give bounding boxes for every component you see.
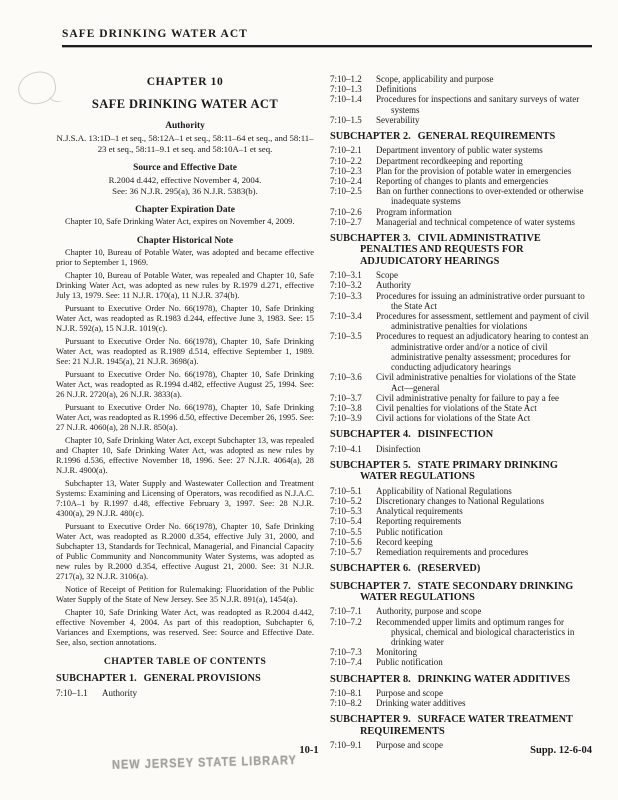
running-header-title: SAFE DRINKING WATER ACT: [62, 28, 248, 40]
toc-row: 7:10–7.1Authority, purpose and scope: [330, 606, 590, 616]
toc-row: SUBCHAPTER 7.STATE SECONDARY DRINKING WA…: [330, 581, 590, 604]
toc-entry-title: Purpose and scope: [376, 688, 590, 698]
toc-entry-title: Applicability of National Regulations: [376, 486, 590, 496]
toc-entry-number: SUBCHAPTER 5.: [330, 460, 411, 471]
toc-right-list: 7:10–1.2Scope, applicability and purpose…: [330, 74, 590, 750]
toc-row: 7:10–7.4Public notification: [330, 657, 590, 667]
toc-entry-title: Civil penalties for violations of the St…: [376, 403, 590, 413]
toc-entry-title: Authority, purpose and scope: [376, 606, 590, 616]
chapter-expiration-text: Chapter 10, Safe Drinking Water Act, exp…: [56, 217, 314, 227]
toc-row: 7:10–5.1Applicability of National Regula…: [330, 486, 590, 496]
toc-row: SUBCHAPTER 2.GENERAL REQUIREMENTS: [330, 131, 590, 142]
toc-row: 7:10–2.2Department recordkeeping and rep…: [330, 156, 590, 166]
header-rule: [62, 45, 592, 47]
toc-entry-number: SUBCHAPTER 8.: [330, 674, 411, 685]
toc-entry-number: 7:10–8.1: [330, 688, 376, 698]
toc-entry-title: Department recordkeeping and reporting: [376, 156, 590, 166]
source-effective-date-heading: Source and Effective Date: [56, 163, 314, 173]
running-header: SAFE DRINKING WATER ACT: [62, 24, 592, 47]
toc-entry-number: 7:10–1.1: [56, 688, 102, 698]
toc-entry-number: 7:10–7.1: [330, 606, 376, 616]
toc-row: SUBCHAPTER 8.DRINKING WATER ADDITIVES: [330, 674, 590, 685]
toc-entry-number: 7:10–2.6: [330, 207, 376, 217]
toc-row: 7:10–2.5Ban on further connections to ov…: [330, 186, 590, 206]
toc-entry-number: 7:10–7.4: [330, 657, 376, 667]
toc-left-list: SUBCHAPTER 1.GENERAL PROVISIONS 7:10–1.1…: [56, 673, 314, 698]
toc-row: 7:10–8.1Purpose and scope: [330, 688, 590, 698]
toc-entry-number: SUBCHAPTER 9.: [330, 714, 411, 725]
toc-entry-number: SUBCHAPTER 7.: [330, 581, 411, 592]
toc-entry-title: Public notification: [376, 527, 590, 537]
toc-row: 7:10–5.7Remediation requirements and pro…: [330, 547, 590, 557]
toc-row: SUBCHAPTER 1.GENERAL PROVISIONS: [56, 673, 314, 684]
chapter-historical-note-heading: Chapter Historical Note: [56, 236, 314, 246]
toc-entry-title: Drinking water additives: [376, 698, 590, 708]
historical-note-paragraph: Pursuant to Executive Order No. 66(1978)…: [56, 403, 314, 433]
toc-entry-number: SUBCHAPTER 3.: [330, 233, 411, 244]
toc-entry-number: 7:10–2.5: [330, 186, 376, 206]
left-column: CHAPTER 10 SAFE DRINKING WATER ACT Autho…: [56, 74, 314, 698]
toc-row: 7:10–5.4Reporting requirements: [330, 516, 590, 526]
toc-entry-title: Scope: [376, 270, 590, 280]
historical-note-paragraph: Pursuant to Executive Order No. 66(1978)…: [56, 304, 314, 334]
toc-entry-number: 7:10–3.1: [330, 270, 376, 280]
toc-row: 7:10–2.6Program information: [330, 207, 590, 217]
toc-entry-number: 7:10–1.5: [330, 115, 376, 125]
toc-row: SUBCHAPTER 6.(RESERVED): [330, 563, 590, 574]
toc-entry-number: 7:10–8.2: [330, 698, 376, 708]
toc-row: 7:10–3.6Civil administrative penalties f…: [330, 372, 590, 392]
historical-note-paragraph: Pursuant to Executive Order No. 66(1978)…: [56, 370, 314, 400]
toc-entry-title: Procedures for inspections and sanitary …: [376, 94, 590, 114]
toc-entry-title: Managerial and technical competence of w…: [376, 217, 590, 227]
toc-entry-number: 7:10–5.5: [330, 527, 376, 537]
toc-row: 7:10–1.1Authority: [56, 688, 314, 698]
toc-entry-number: 7:10–3.6: [330, 372, 376, 392]
toc-row: 7:10–5.5Public notification: [330, 527, 590, 537]
toc-row: 7:10–5.2Discretionary changes to Nationa…: [330, 496, 590, 506]
toc-entry-title: Procedures for assessment, settlement an…: [376, 311, 590, 331]
toc-entry-title: DRINKING WATER ADDITIVES: [418, 674, 570, 685]
pencil-scribble-mark: [16, 69, 59, 107]
toc-row: 7:10–3.8Civil penalties for violations o…: [330, 403, 590, 413]
source-line: R.2004 d.442, effective November 4, 2004…: [56, 175, 314, 186]
toc-row: SUBCHAPTER 4.DISINFECTION: [330, 429, 590, 440]
right-column: 7:10–1.2Scope, applicability and purpose…: [330, 74, 590, 750]
toc-row: 7:10–1.4Procedures for inspections and s…: [330, 94, 590, 114]
toc-row: SUBCHAPTER 5.STATE PRIMARY DRINKING WATE…: [330, 460, 590, 483]
toc-entry-number: SUBCHAPTER 4.: [330, 429, 411, 440]
toc-entry-number: 7:10–3.5: [330, 331, 376, 372]
toc-entry-number: 7:10–1.3: [330, 84, 376, 94]
toc-row: 7:10–2.7Managerial and technical compete…: [330, 217, 590, 227]
toc-entry-title: GENERAL PROVISIONS: [144, 673, 261, 684]
toc-entry-title: Reporting requirements: [376, 516, 590, 526]
authority-citation: N.J.S.A. 13:1D–1 et seq., 58:12A–1 et se…: [56, 133, 314, 154]
toc-entry-number: 7:10–5.6: [330, 537, 376, 547]
toc-row: SUBCHAPTER 9.SURFACE WATER TREATMENT REQ…: [330, 714, 590, 737]
historical-note-paragraph: Chapter 10, Bureau of Potable Water, was…: [56, 271, 314, 301]
authority-heading: Authority: [56, 121, 314, 131]
toc-entry-number: 7:10–2.4: [330, 176, 376, 186]
toc-entry-title: Department inventory of public water sys…: [376, 145, 590, 155]
toc-entry-title: Severability: [376, 115, 590, 125]
toc-entry-title: Civil actions for violations of the Stat…: [376, 413, 590, 423]
toc-entry-title: DISINFECTION: [418, 429, 494, 440]
toc-entry-number: 7:10–3.8: [330, 403, 376, 413]
supplement-date: Supp. 12-6-04: [530, 745, 592, 756]
toc-entry-title: Program information: [376, 207, 590, 217]
chapter-number: CHAPTER 10: [56, 76, 314, 88]
toc-entry-number: 7:10–5.4: [330, 516, 376, 526]
toc-entry-title: Civil administrative penalties for viola…: [376, 372, 590, 392]
toc-entry-title: Plan for the provision of potable water …: [376, 166, 590, 176]
historical-note-paragraph: Notice of Receipt of Petition for Rulema…: [56, 585, 314, 605]
toc-entry-title: Analytical requirements: [376, 506, 590, 516]
toc-entry-number: 7:10–5.3: [330, 506, 376, 516]
toc-entry-title: Monitoring: [376, 647, 590, 657]
toc-entry-number: 7:10–3.7: [330, 393, 376, 403]
toc-row: 7:10–5.3Analytical requirements: [330, 506, 590, 516]
toc-row: 7:10–4.1Disinfection: [330, 444, 590, 454]
toc-entry-title: Procedures for issuing an administrative…: [376, 291, 590, 311]
toc-entry-number: 7:10–5.7: [330, 547, 376, 557]
chapter-title: SAFE DRINKING WATER ACT: [56, 97, 314, 112]
historical-note-paragraph: Pursuant to Executive Order No. 66(1978)…: [56, 522, 314, 582]
toc-entry-title: Record keeping: [376, 537, 590, 547]
toc-entry-title: Discretionary changes to National Regula…: [376, 496, 590, 506]
toc-row: 7:10–7.2Recommended upper limits and opt…: [330, 617, 590, 648]
toc-entry-number: 7:10–2.7: [330, 217, 376, 227]
scanned-page: SAFE DRINKING WATER ACT CHAPTER 10 SAFE …: [0, 0, 618, 800]
toc-entry-title: Civil administrative penalty for failure…: [376, 393, 590, 403]
toc-entry-number: 7:10–5.1: [330, 486, 376, 496]
toc-row: 7:10–5.6Record keeping: [330, 537, 590, 547]
toc-entry-title: Scope, applicability and purpose: [376, 74, 590, 84]
toc-row: 7:10–2.1Department inventory of public w…: [330, 145, 590, 155]
toc-entry-number: 7:10–3.3: [330, 291, 376, 311]
toc-entry-title: Procedures to request an adjudicatory he…: [376, 331, 590, 372]
toc-entry-title: Definitions: [376, 84, 590, 94]
toc-entry-title: Authority: [102, 688, 314, 698]
toc-entry-title: Authority: [376, 280, 590, 290]
toc-entry-number: 7:10–1.2: [330, 74, 376, 84]
toc-entry-number: SUBCHAPTER 2.: [330, 131, 411, 142]
toc-row: 7:10–3.3Procedures for issuing an admini…: [330, 291, 590, 311]
toc-entry-number: 7:10–2.3: [330, 166, 376, 176]
toc-entry-title: Public notification: [376, 657, 590, 667]
toc-entry-title: Recommended upper limits and optimum ran…: [376, 617, 590, 648]
toc-entry-number: 7:10–2.2: [330, 156, 376, 166]
library-stamp: NEW JERSEY STATE LIBRARY: [112, 754, 297, 773]
toc-entry-number: SUBCHAPTER 1.: [56, 673, 137, 684]
toc-row: 7:10–3.2Authority: [330, 280, 590, 290]
toc-entry-number: 7:10–3.4: [330, 311, 376, 331]
toc-entry-number: 7:10–3.9: [330, 413, 376, 423]
toc-row: 7:10–2.4Reporting of changes to plants a…: [330, 176, 590, 186]
toc-entry-number: 7:10–7.3: [330, 647, 376, 657]
toc-entry-number: 7:10–3.2: [330, 280, 376, 290]
toc-row: SUBCHAPTER 3.CIVIL ADMINISTRATIVE PENALT…: [330, 233, 590, 267]
toc-entry-title: Reporting of changes to plants and emerg…: [376, 176, 590, 186]
toc-entry-title: Remediation requirements and procedures: [376, 547, 590, 557]
toc-entry-number: 7:10–1.4: [330, 94, 376, 114]
historical-note-paragraph: Chapter 10, Safe Drinking Water Act, exc…: [56, 436, 314, 476]
historical-note-paragraph: Chapter 10, Bureau of Potable Water, was…: [56, 248, 314, 268]
toc-entry-number: 7:10–2.1: [330, 145, 376, 155]
historical-note-paragraphs: Chapter 10, Bureau of Potable Water, was…: [56, 248, 314, 648]
toc-row: 7:10–3.9Civil actions for violations of …: [330, 413, 590, 423]
toc-entry-title: GENERAL REQUIREMENTS: [418, 131, 556, 142]
toc-entry-title: (RESERVED): [418, 563, 481, 574]
toc-entry-number: SUBCHAPTER 6.: [330, 563, 411, 574]
chapter-expiration-heading: Chapter Expiration Date: [56, 205, 314, 215]
chapter-toc-heading: CHAPTER TABLE OF CONTENTS: [56, 656, 314, 667]
toc-row: 7:10–3.5Procedures to request an adjudic…: [330, 331, 590, 372]
historical-note-paragraph: Chapter 10, Safe Drinking Water Act, was…: [56, 608, 314, 648]
toc-entry-number: 7:10–4.1: [330, 444, 376, 454]
toc-row: 7:10–3.1Scope: [330, 270, 590, 280]
toc-row: 7:10–2.3Plan for the provision of potabl…: [330, 166, 590, 176]
toc-entry-number: 7:10–7.2: [330, 617, 376, 648]
page-number: 10-1: [0, 745, 618, 756]
historical-note-paragraph: Subchapter 13, Water Supply and Wastewat…: [56, 479, 314, 519]
toc-entry-number: 7:10–5.2: [330, 496, 376, 506]
toc-row: 7:10–1.2Scope, applicability and purpose: [330, 74, 590, 84]
toc-row: 7:10–7.3Monitoring: [330, 647, 590, 657]
toc-row: 7:10–1.5Severability: [330, 115, 590, 125]
toc-row: 7:10–3.7Civil administrative penalty for…: [330, 393, 590, 403]
historical-note-paragraph: Pursuant to Executive Order No. 66(1978)…: [56, 337, 314, 367]
toc-row: 7:10–1.3Definitions: [330, 84, 590, 94]
toc-entry-title: Ban on further connections to over-exten…: [376, 186, 590, 206]
source-see-line: See: 36 N.J.R. 295(a), 36 N.J.R. 5383(b)…: [56, 186, 314, 197]
toc-row: 7:10–8.2Drinking water additives: [330, 698, 590, 708]
toc-entry-title: Disinfection: [376, 444, 590, 454]
toc-row: 7:10–3.4Procedures for assessment, settl…: [330, 311, 590, 331]
